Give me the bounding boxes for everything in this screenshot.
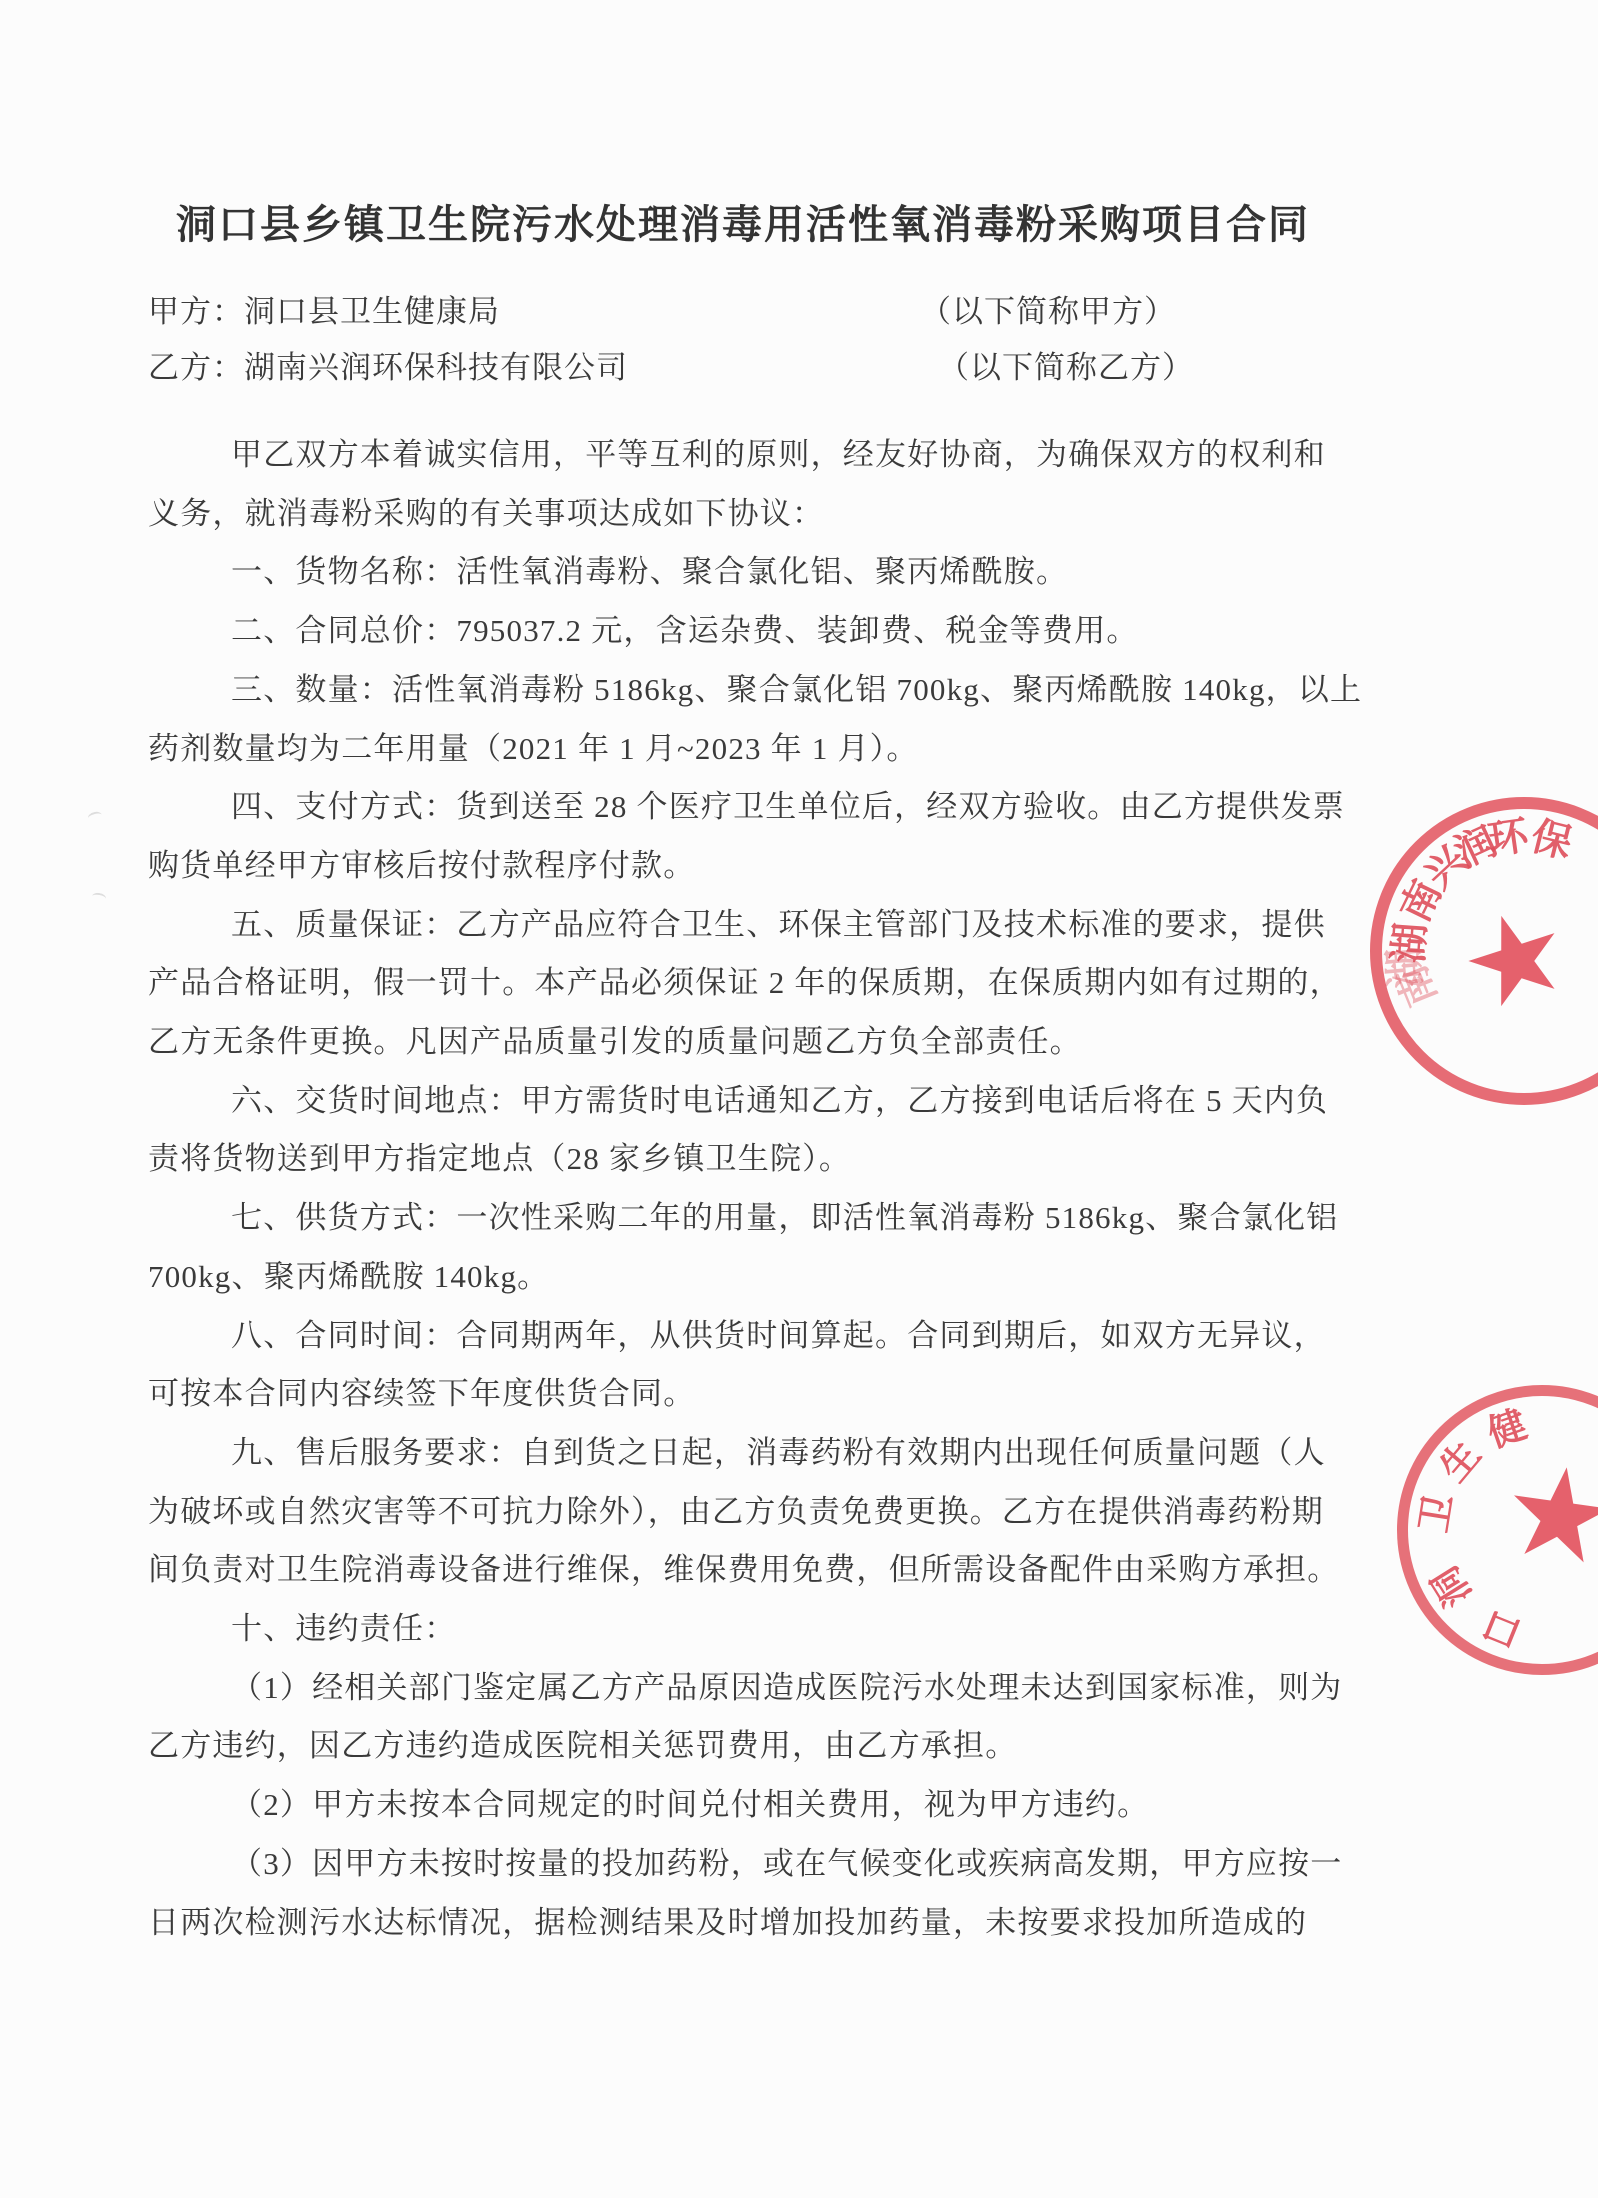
contract-line: 购货单经甲方审核后按付款程序付款。 [148,837,1348,896]
contract-line: 甲乙双方本着诚实信用，平等互利的原则，经友好协商，为确保双方的权利和 [148,426,1348,485]
contract-line: 六、交货时间地点：甲方需货时电话通知乙方，乙方接到电话后将在 5 天内负 [148,1072,1348,1131]
seal-char: 生 [1428,1429,1493,1494]
seal-char: 健 [1478,1401,1536,1459]
contract-line: 五、质量保证：乙方产品应符合卫生、环保主管部门及技术标准的要求，提供 [148,896,1348,955]
contract-line: 七、供货方式：一次性采购二年的用量，即活性氧消毒粉 5186kg、聚合氯化铝 [148,1189,1348,1248]
contract-line: 二、合同总价：795037.2 元，含运杂费、装卸费、税金等费用。 [148,602,1348,661]
seal-char: 卫 [1411,1487,1464,1540]
party-a-note: （以下简称甲方） [920,288,1176,336]
seal-char: 润 [1445,817,1506,878]
contract-line: 间负责对卫生院消毒设备进行维保，维保费用免费，但所需设备配件由采购方承担。 [148,1541,1348,1600]
party-b-line: 乙方：湖南兴润环保科技有限公司 （以下简称乙方） [148,344,1388,392]
star-icon: ★ [1487,1442,1598,1589]
contract-line: 一、货物名称：活性氧消毒粉、聚合氯化铝、聚丙烯酰胺。 [148,543,1348,602]
party-a-line: 甲方：洞口县卫生健康局 （以下简称甲方） [148,288,1388,336]
seal-char: 南 [1391,870,1453,932]
contract-line: 为破坏或自然灾害等不可抗力除外），由乙方负责免费更换。乙方在提供消毒药粉期 [148,1483,1348,1542]
contract-line: 700kg、聚丙烯酰胺 140kg。 [148,1248,1348,1307]
party-b-label: 乙方：湖南兴润环保科技有限公司 [148,350,628,385]
contract-line: 责将货物送到甲方指定地点（28 家乡镇卫生院）。 [148,1130,1348,1189]
seal-char: 兴 [1414,835,1479,900]
contract-title: 洞口县乡镇卫生院污水处理消毒用活性氧消毒粉采购项目合同 [148,193,1338,250]
contract-body: 甲乙双方本着诚实信用，平等互利的原则，经友好协商，为确保双方的权利和 义务，就消… [148,426,1348,1952]
party-a-label: 甲方：洞口县卫生健康局 [148,294,500,329]
party-b-note: （以下简称乙方） [938,344,1194,392]
bureau-seal-stamp: 洞 口 卫 生 健 ★ [1397,1385,1598,1675]
contract-line: 八、合同时间：合同期两年，从供货时间算起。合同到期后，如双方无异议， [148,1307,1348,1366]
seal-char: 保 [1524,813,1580,869]
contract-line: 十、违约责任： [148,1600,1348,1659]
company-seal-stamp: 湖 南 湖 南 兴 润 环 保 ★ [1370,797,1598,1105]
contract-line: 产品合格证明，假一罚十。本产品必须保证 2 年的保质期，在保质期内如有过期的， [148,954,1348,1013]
seal-char: 口 [1472,1598,1532,1658]
star-icon: ★ [1433,876,1597,1040]
contract-line: （1）经相关部门鉴定属乙方产品原因造成医院污水处理未达到国家标准，则为 [148,1659,1348,1718]
contract-line: 九、售后服务要求：自到货之日起，消毒药粉有效期内出现任何质量问题（人 [148,1424,1348,1483]
contract-line: 日两次检测污水达标情况，据检测结果及时增加投加药量，未按要求投加所造成的 [148,1894,1348,1953]
seal-char: 环 [1482,812,1534,864]
seal-char: 湖 [1386,918,1435,967]
contract-line: 乙方无条件更换。凡因产品质量引发的质量问题乙方负全部责任。 [148,1013,1348,1072]
scan-smudge [91,892,106,903]
contract-line: （3）因甲方未按时按量的投加药粉，或在气候变化或疾病高发期，甲方应按一 [148,1835,1348,1894]
contract-line: 药剂数量均为二年用量（2021 年 1 月~2023 年 1 月）。 [148,720,1348,779]
seal-char: 洞 [1420,1554,1483,1617]
seal-char-ghost: 南 [1388,956,1448,1016]
scan-smudge [87,810,103,822]
contract-line: 可按本合同内容续签下年度供货合同。 [148,1365,1348,1424]
contract-line: （2）甲方未按本合同规定的时间兑付相关费用，视为甲方违约。 [148,1776,1348,1835]
contract-page: 洞口县乡镇卫生院污水处理消毒用活性氧消毒粉采购项目合同 甲方：洞口县卫生健康局 … [0,0,1598,2198]
contract-line: 乙方违约，因乙方违约造成医院相关惩罚费用，由乙方承担。 [148,1717,1348,1776]
contract-line: 义务，就消毒粉采购的有关事项达成如下协议： [148,485,1348,544]
contract-line: 三、数量：活性氧消毒粉 5186kg、聚合氯化铝 700kg、聚丙烯酰胺 140… [148,661,1348,720]
seal-char-ghost: 湖 [1380,943,1430,993]
contract-line: 四、支付方式：货到送至 28 个医疗卫生单位后，经双方验收。由乙方提供发票 [148,778,1348,837]
